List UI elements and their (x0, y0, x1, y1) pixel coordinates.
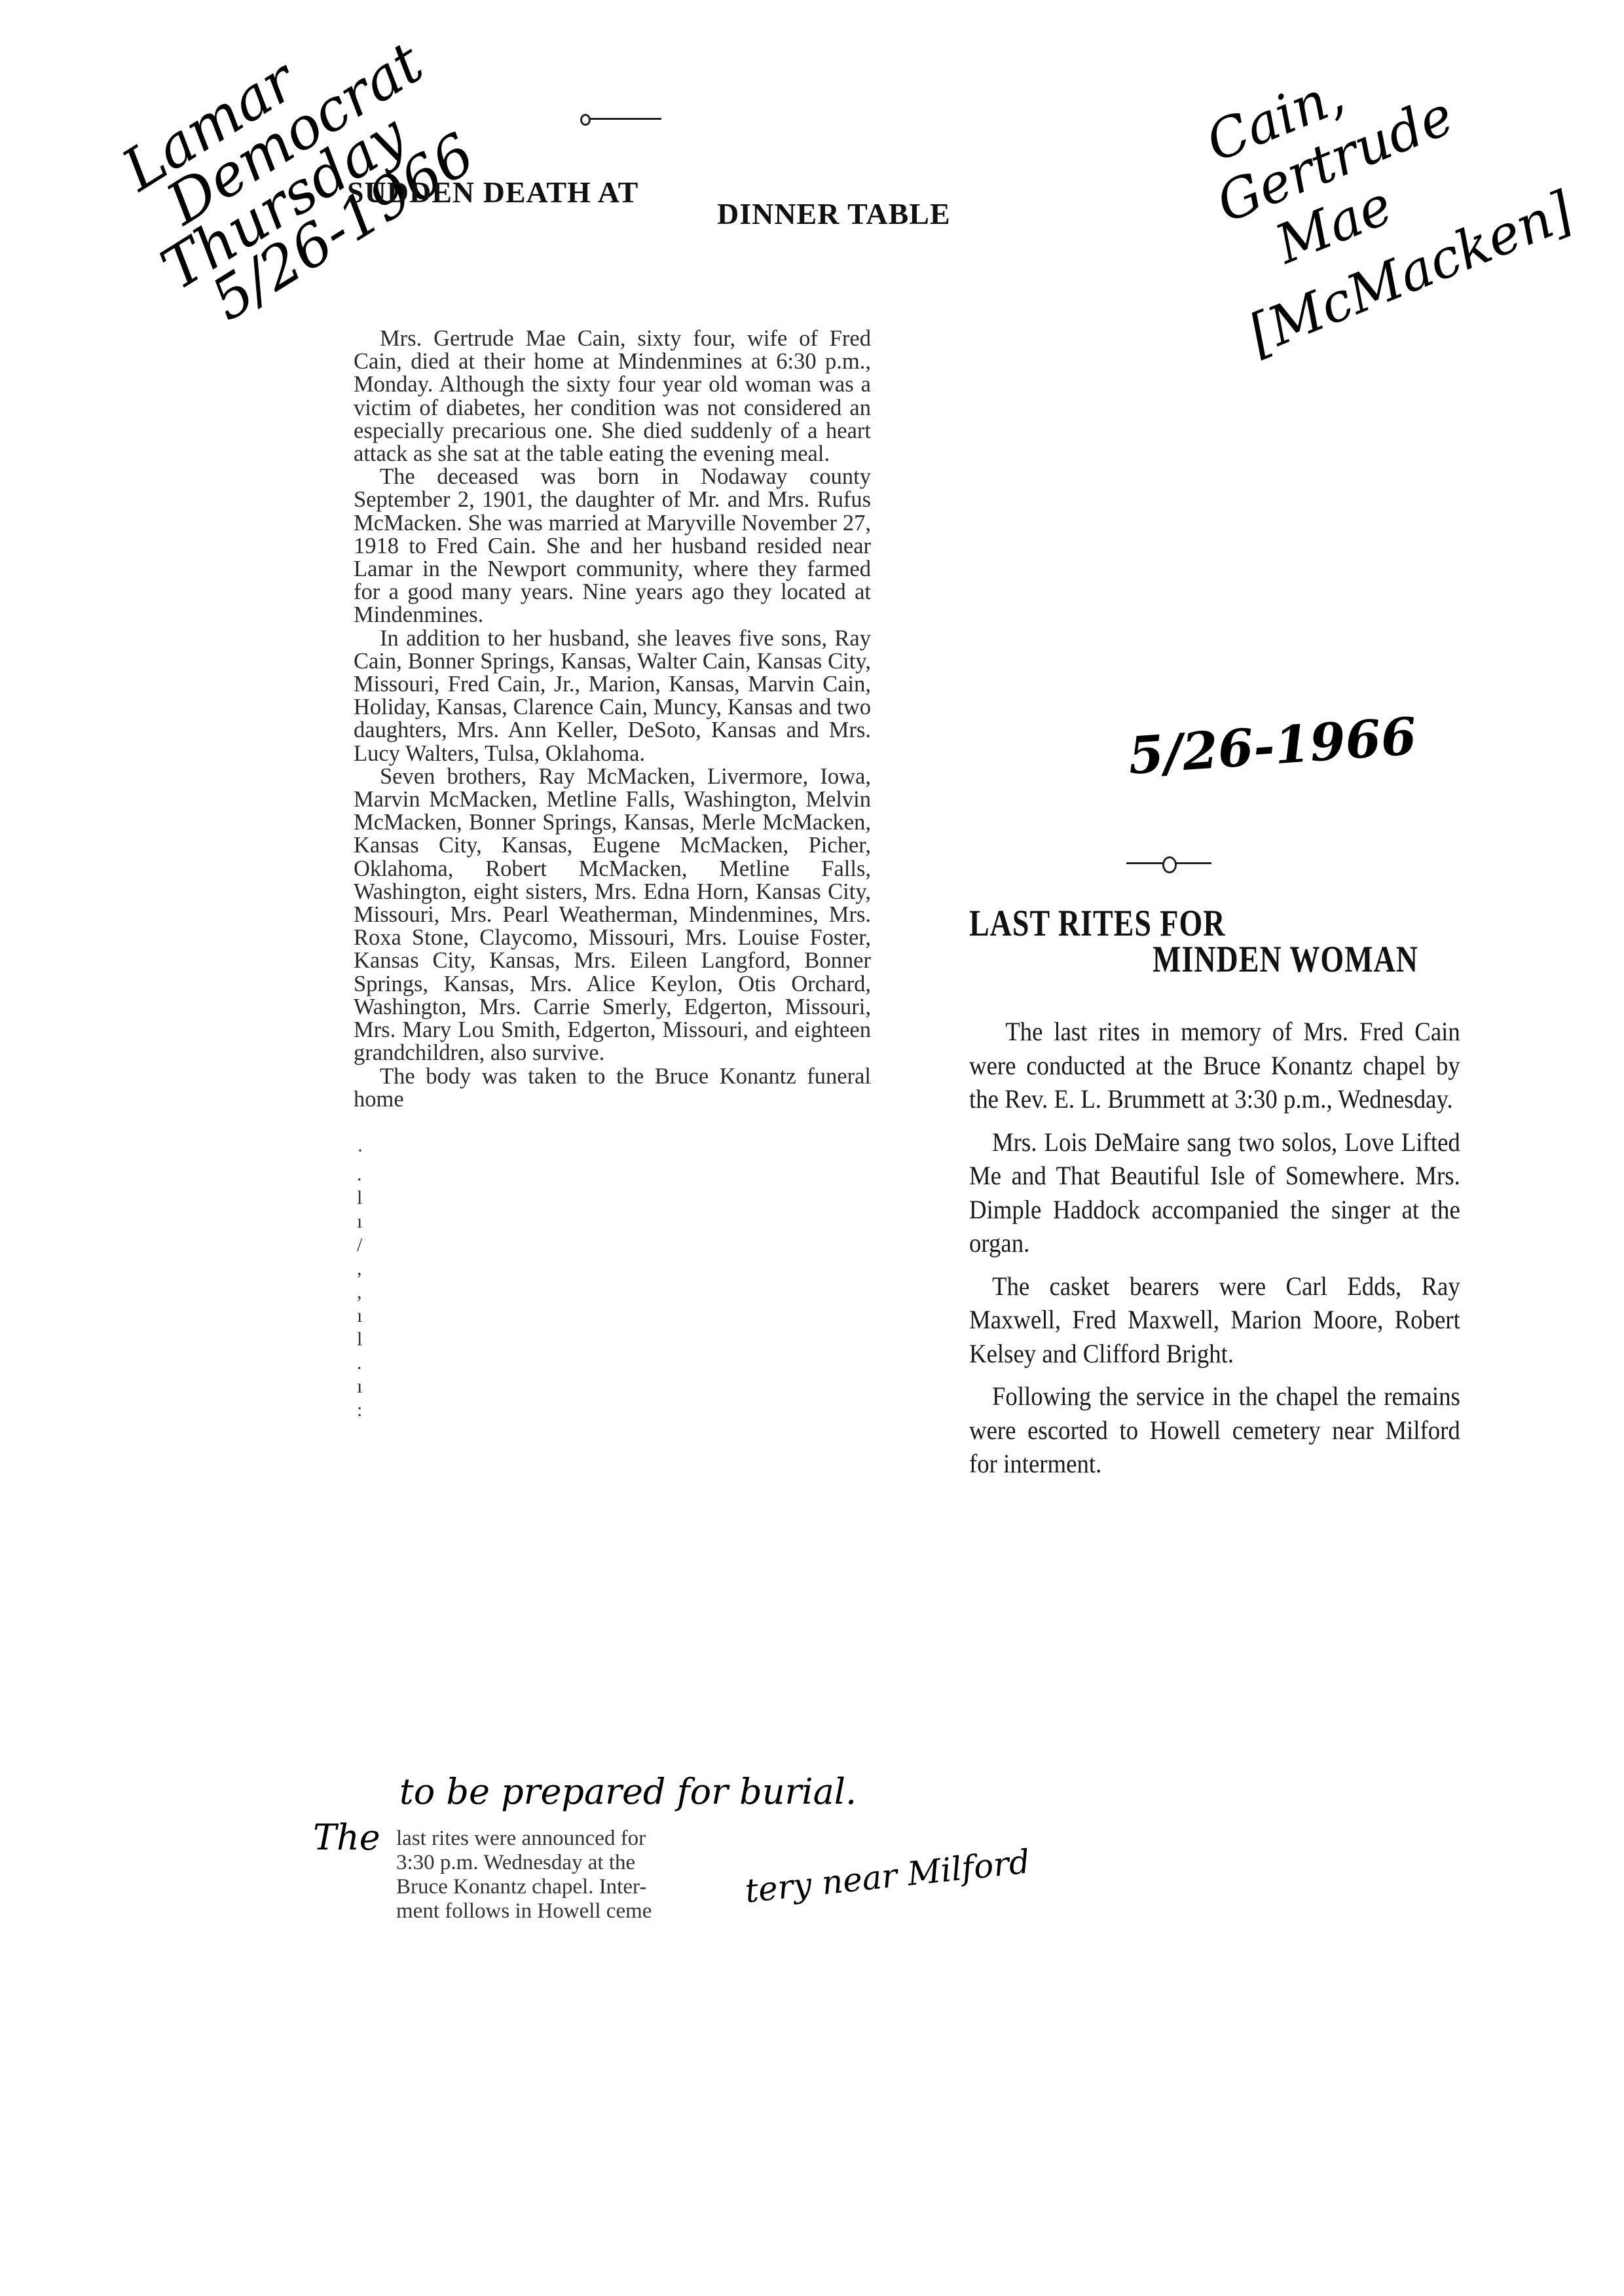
handwritten-insert: to be prepared for burial. (399, 1771, 857, 1812)
paragraph: The last rites in memory of Mrs. Fred Ca… (969, 1015, 1460, 1116)
handwritten-insert: The (313, 1817, 380, 1858)
article-final-lines: last rites were announced for 3:30 p.m. … (396, 1827, 763, 1923)
final-line: ment follows in Howell ceme (396, 1899, 763, 1923)
handwritten-date: 5/26-1966 (1126, 706, 1418, 786)
headline-line-1: Last Rites For (969, 903, 1226, 943)
paragraph: The casket bearers were Carl Edds, Ray M… (969, 1269, 1460, 1371)
headline-line-2: Dinner Table (717, 198, 951, 230)
margin-marks: ·.lı/,,ıl.ı: (357, 1139, 363, 1427)
paragraph: Following the service in the chapel the … (969, 1379, 1460, 1481)
final-line: 3:30 p.m. Wednesday at the (396, 1851, 763, 1875)
paragraph: The body was taken to the Bruce Konantz … (354, 1065, 871, 1111)
handwritten-insert: tery near Milford (743, 1842, 1031, 1910)
handwritten-name-note: Cain, Gertrude Mae [McMacken] (1198, 2, 1581, 354)
paragraph: Mrs. Gertrude Mae Cain, sixty four, wife… (354, 327, 871, 465)
paragraph: Mrs. Lois DeMaire sang two solos, Love L… (969, 1125, 1460, 1260)
divider-ornament (589, 118, 661, 120)
paragraph: Seven brothers, Ray McMacken, Livermore,… (354, 765, 871, 1065)
final-line: last rites were announced for (396, 1827, 763, 1851)
headline-line-2: Minden Woman (1153, 939, 1418, 979)
paragraph: The deceased was born in Nodaway county … (354, 465, 871, 627)
divider-ornament (1126, 862, 1211, 864)
headline-line-1: Sudden Death at (347, 177, 638, 208)
final-line: Bruce Konantz chapel. Inter- (396, 1875, 763, 1899)
article-body: Mrs. Gertrude Mae Cain, sixty four, wife… (354, 327, 871, 1111)
paragraph: In addition to her husband, she leaves f… (354, 627, 871, 765)
article-body: The last rites in memory of Mrs. Fred Ca… (969, 1015, 1460, 1490)
handwritten-source-note: Lamar Democrat Thursday 5/26-1966 (98, 0, 486, 341)
